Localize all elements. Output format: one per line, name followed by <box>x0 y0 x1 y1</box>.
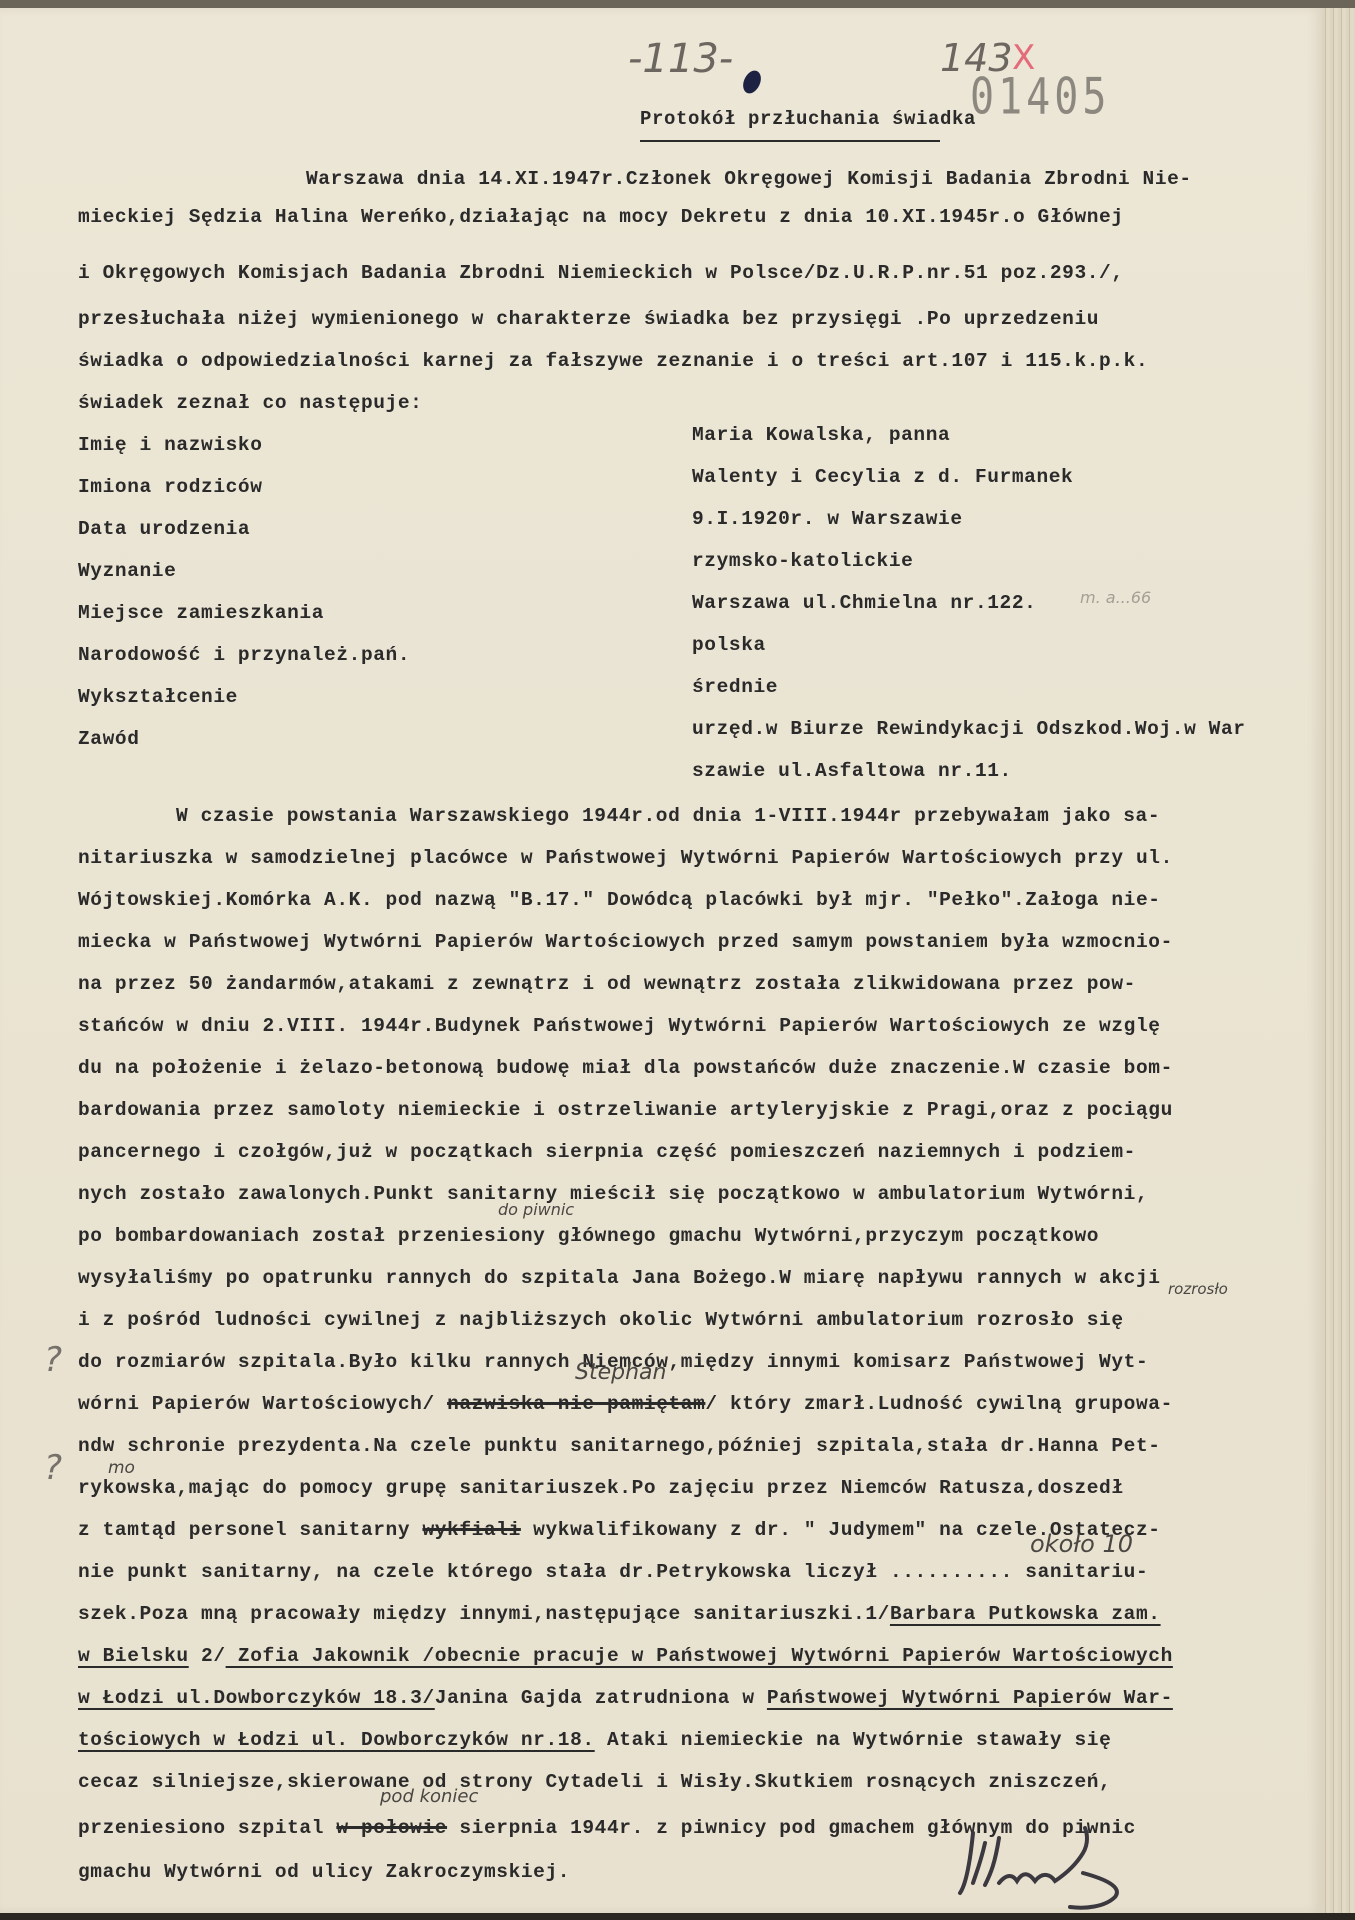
underlined-text: w Bielsku <box>78 1645 189 1667</box>
intro-line-1: Warszawa dnia 14.XI.1947r.Członek Okręgo… <box>306 168 1192 190</box>
struck-text: w połowie <box>336 1817 447 1839</box>
archive-stamp-number: 01405 <box>970 68 1110 126</box>
testimony-line: w Łodzi ul.Dowborczyków 18.3/Janina Gajd… <box>78 1687 1173 1709</box>
value-birth-date: 9.I.1920r. w Warszawie <box>692 508 963 530</box>
testimony-line: gmachu Wytwórni od ulicy Zakroczymskiej. <box>78 1861 570 1883</box>
testimony-line: wysyłaliśmy po opatrunku rannych do szpi… <box>78 1267 1161 1289</box>
value-religion: rzymsko-katolickie <box>692 550 913 572</box>
label-occupation: Zawód <box>78 728 140 750</box>
testimony-line: cecaz silniejsze,skierowane od strony Cy… <box>78 1771 1111 1793</box>
line-text: Janina Gajda zatrudniona w <box>435 1687 767 1709</box>
line-text: przeniesiono szpital <box>78 1817 336 1839</box>
intro-line-6: świadek zeznał co następuje: <box>78 392 422 414</box>
testimony-line: po bombardowaniach został przeniesiony g… <box>78 1225 1099 1247</box>
testimony-line: nie punkt sanitarny, na czele którego st… <box>78 1561 1148 1583</box>
value-education: średnie <box>692 676 778 698</box>
handwritten-insert-stephan: Stephan <box>575 1360 666 1385</box>
value-name: Maria Kowalska, panna <box>692 424 950 446</box>
value-parents: Walenty i Cecylia z d. Furmanek <box>692 466 1073 488</box>
line-text: 2/ <box>189 1645 226 1667</box>
testimony-line: tościowych w Łodzi ul. Dowborczyków nr.1… <box>78 1729 1111 1751</box>
intro-line-3: i Okręgowych Komisjach Badania Zbrodni N… <box>78 262 1124 284</box>
value-occupation-cont: szawie ul.Asfaltowa nr.11. <box>692 760 1012 782</box>
label-birth-date: Data urodzenia <box>78 518 250 540</box>
testimony-line: miecka w Państwowej Wytwórni Papierów Wa… <box>78 931 1173 953</box>
struck-text: nazwiska nie pamiętam <box>447 1393 705 1415</box>
testimony-line: rykowska,mając do pomocy grupę sanitariu… <box>78 1477 1124 1499</box>
testimony-line: z tamtąd personel sanitarny wykfiali wyk… <box>78 1519 1161 1541</box>
blank-dots: .......... <box>890 1561 1013 1583</box>
testimony-line: du na położenie i żelazo-betonową budowę… <box>78 1057 1173 1079</box>
testimony-line: wórni Papierów Wartościowych/ nazwiska n… <box>78 1393 1173 1415</box>
testimony-line: W czasie powstania Warszawskiego 1944r.o… <box>176 805 1160 827</box>
scan-top-border <box>0 0 1355 8</box>
testimony-line: na przez 50 żandarmów,atakami z zewnątrz… <box>78 973 1136 995</box>
margin-question-mark: ? <box>44 1340 62 1380</box>
value-residence: Warszawa ul.Chmielna nr.122. <box>692 592 1036 614</box>
value-occupation: urzęd.w Biurze Rewindykacji Odszkod.Woj.… <box>692 718 1246 740</box>
testimony-line: bardowania przez samoloty niemieckie i o… <box>78 1099 1173 1121</box>
line-text: nie punkt sanitarny, na czele którego st… <box>78 1561 890 1583</box>
handwritten-insert-do-piwnic: do piwnic <box>498 1200 574 1219</box>
intro-line-4: przesłuchała niżej wymienionego w charak… <box>78 308 1099 330</box>
line-text: wórni Papierów Wartościowych/ <box>78 1393 447 1415</box>
label-residence: Miejsce zamieszkania <box>78 602 324 624</box>
handwritten-insert-okolo-10: około 10 <box>1030 1530 1133 1558</box>
page-stack-edge <box>1322 8 1355 1913</box>
testimony-line: nitariuszka w samodzielnej placówce w Pa… <box>78 847 1173 869</box>
underlined-text: tościowych w Łodzi ul. Dowborczyków nr.1… <box>78 1729 595 1751</box>
testimony-line: ndw schronie prezydenta.Na czele punktu … <box>78 1435 1161 1457</box>
document-title: Protokół przłuchania świadka <box>640 108 976 130</box>
line-text: szek.Poza mną pracowały między innymi,na… <box>78 1603 890 1625</box>
label-education: Wykształcenie <box>78 686 238 708</box>
testimony-line: nych zostało zawalonych.Punkt sanitarny … <box>78 1183 1148 1205</box>
testimony-line: i z pośród ludności cywilnej z najbliższ… <box>78 1309 1124 1331</box>
underlined-text: Państwowej Wytwórni Papierów War- <box>767 1687 1173 1709</box>
label-nationality: Narodowość i przynależ.pań. <box>78 644 410 666</box>
document-page: -113- 143 X 01405 Protokół przłuchania ś… <box>0 8 1324 1913</box>
label-parents: Imiona rodziców <box>78 476 263 498</box>
title-underline <box>640 140 940 142</box>
underlined-text: Zofia Jakownik /obecnie pracuje w Państw… <box>226 1645 1173 1667</box>
ink-blot <box>740 68 765 97</box>
page-number-left: -113- <box>628 36 733 82</box>
testimony-line: szek.Poza mną pracowały między innymi,na… <box>78 1603 1161 1625</box>
testimony-line: stańców w dniu 2.VIII. 1944r.Budynek Pań… <box>78 1015 1161 1037</box>
testimony-line: w Bielsku 2/ Zofia Jakownik /obecnie pra… <box>78 1645 1173 1667</box>
line-text: Ataki niemieckie na Wytwórnie stawały si… <box>595 1729 1112 1751</box>
intro-line-2: mieckiej Sędzia Halina Wereńko,działając… <box>78 206 1124 228</box>
label-religion: Wyznanie <box>78 560 176 582</box>
handwritten-insert-mo: mo <box>108 1458 135 1478</box>
signature <box>955 1823 1185 1913</box>
intro-line-5: świadka o odpowiedzialności karnej za fa… <box>78 350 1148 372</box>
struck-text: wykfiali <box>422 1519 520 1541</box>
label-name: Imię i nazwisko <box>78 434 263 456</box>
line-text: sanitariu- <box>1013 1561 1148 1583</box>
testimony-line: pancernego i czołgów,już w początkach si… <box>78 1141 1136 1163</box>
underlined-text: Barbara Putkowska zam. <box>890 1603 1161 1625</box>
value-nationality: polska <box>692 634 766 656</box>
line-text: z tamtąd personel sanitarny <box>78 1519 422 1541</box>
residence-annotation: m. a...66 <box>1080 588 1151 607</box>
underlined-text: w Łodzi ul.Dowborczyków 18.3/ <box>78 1687 435 1709</box>
margin-question-mark: ? <box>44 1448 62 1488</box>
handwritten-correction-rozroslo: rozrosło <box>1168 1280 1228 1298</box>
testimony-line: Wójtowskiej.Komórka A.K. pod nazwą "B.17… <box>78 889 1161 911</box>
handwritten-insert-pod-koniec: pod koniec <box>380 1786 478 1807</box>
line-text: / który zmarł.Ludność cywilną grupowa- <box>705 1393 1172 1415</box>
